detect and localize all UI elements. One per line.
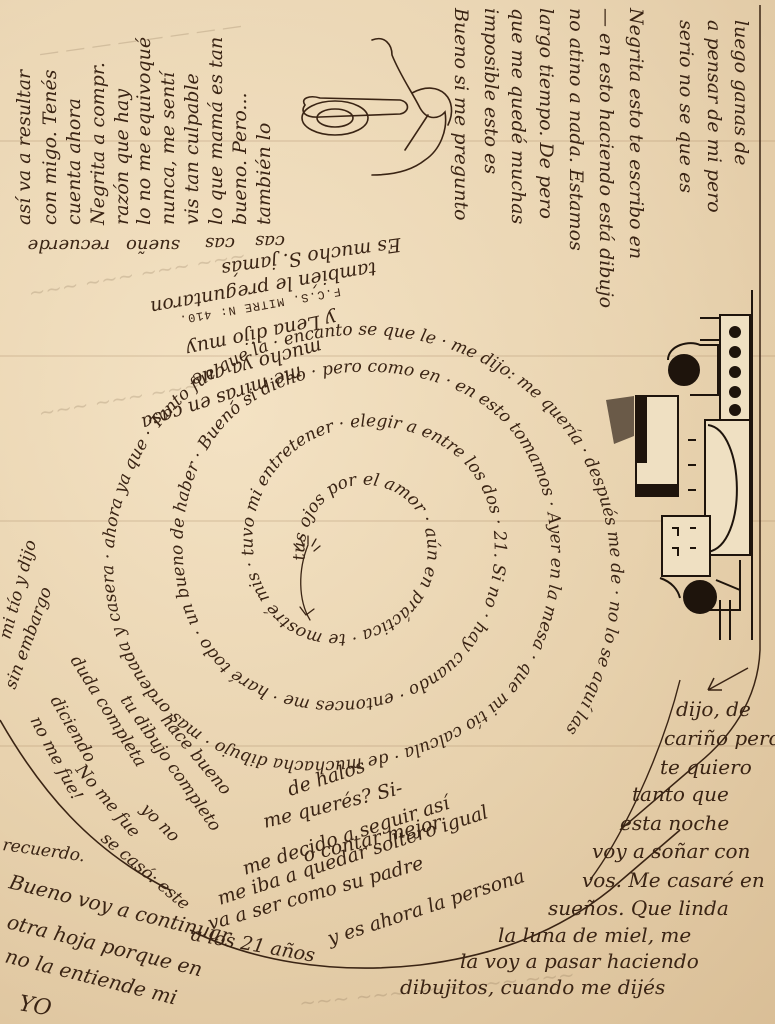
handwritten-line: cariño pero	[664, 726, 775, 750]
leaf-sketch	[294, 536, 320, 620]
handwritten-line: dibujitos, cuando me dijés	[400, 975, 665, 999]
handwritten-line: imposible esto es	[480, 8, 502, 174]
handwritten-line: la voy a pasar haciendo	[460, 949, 699, 973]
letter-page: — — — — — — — — ~~~ ~~~ ~~~ ~~~ ~~~ ~~~ …	[0, 0, 775, 1024]
handwritten-line: esta noche	[620, 811, 729, 835]
handwritten-line: vos. Me casaré en	[582, 868, 765, 892]
spiral-text-block: tus ojos por el amor · aún en práctica ·…	[98, 320, 626, 777]
handwritten-line: serio no se que es	[675, 20, 697, 193]
handwritten-line: voy a soñar con	[592, 839, 750, 863]
handwritten-line: recuerde	[28, 235, 110, 256]
signature: YO	[17, 991, 53, 1021]
handwritten-line: que me quedé muchas	[507, 8, 529, 225]
top-right-vertical-text: Bueno si me pregunto imposible esto es q…	[450, 7, 752, 308]
handwritten-line: No me fue	[71, 760, 144, 842]
handwritten-line: Negrita a compr.	[87, 62, 109, 226]
handwritten-line: lo que mamá es tan	[205, 37, 227, 225]
handwritten-line: dijo, de	[676, 697, 751, 721]
steamship-drawing	[606, 290, 752, 640]
handwritten-line: sueño	[126, 235, 180, 256]
handwritten-line: con migo. Tenés	[39, 69, 61, 225]
handwritten-line: — en esto haciendo está dibujo	[595, 8, 617, 308]
handwritten-line: tanto que	[632, 782, 729, 806]
figure-sketch	[302, 39, 452, 175]
handwritten-line: vis tan culpable	[181, 73, 203, 225]
handwritten-line: bueno. Pero...	[229, 92, 251, 225]
handwritten-line: cas	[205, 233, 235, 254]
handwritten-line: yo no	[136, 799, 184, 847]
handwritten-line: la luna de miel, me	[498, 923, 691, 947]
handwritten-line: luego ganas de	[730, 20, 752, 165]
handwritten-line: razón que hay	[111, 89, 133, 225]
handwritten-line: cas	[255, 231, 285, 252]
bottom-left-text: recuerdo. Bueno voy a continuar otra hoj…	[1, 835, 235, 1021]
handwritten-line: lo no me equivoqué	[133, 37, 155, 225]
handwriting-layer: — — — — — — — — ~~~ ~~~ ~~~ ~~~ ~~~ ~~~ …	[0, 0, 775, 1024]
handwritten-line: a pensar de mi pero	[703, 20, 725, 213]
handwritten-line: Bueno si me pregunto	[450, 7, 472, 221]
handwritten-line: recuerdo.	[1, 835, 86, 866]
top-left-vertical-text: así va a resultar con migo. Tenés cuenta…	[13, 37, 285, 256]
handwritten-line: también lo	[253, 123, 275, 225]
handwritten-line: no atino a nada. Estamos	[565, 8, 587, 251]
handwritten-line: Negrita esto te escribo en	[625, 7, 647, 259]
spiral-handwriting: tus ojos por el amor · aún en práctica ·…	[98, 320, 626, 777]
handwritten-line: nunca, me sentí	[157, 69, 179, 225]
handwritten-line: cuenta ahora	[63, 98, 85, 225]
handwritten-line: largo tiempo. De pero	[535, 8, 557, 219]
arrow-icon	[708, 668, 748, 690]
handwritten-line: sueños. Que linda	[548, 896, 729, 920]
handwritten-line: te quiero	[660, 755, 752, 779]
handwritten-line: así va a resultar	[13, 68, 35, 225]
